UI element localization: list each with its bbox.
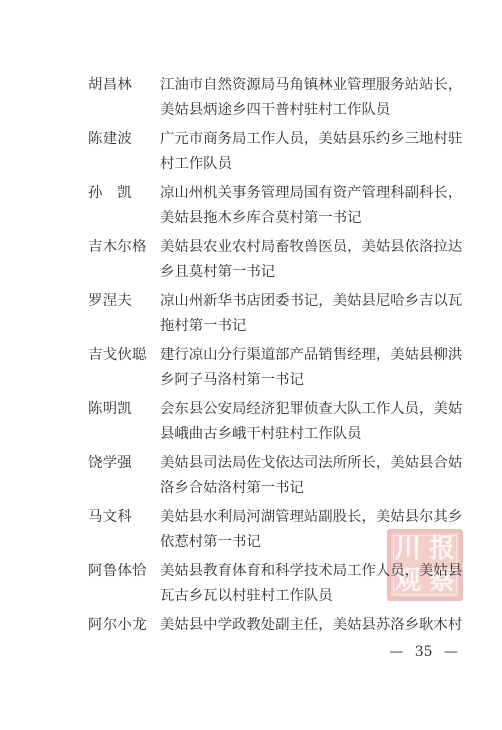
- description-line-2: 乡且莫村第一书记: [160, 260, 462, 285]
- document-page: 川 报 观 察 胡昌林江油市自然资源局马角镇林业管理服务站站长，美姑县炳途乡四干…: [0, 0, 502, 730]
- person-description: 凉山州机关事务管理局国有资产管理科副科长，美姑县拖木乡库合莫村第一书记: [160, 181, 462, 231]
- description-line-2: 美姑县炳途乡四干普村驻村工作队员: [160, 98, 462, 123]
- description-line-2: 洛乡合姑洛村第一书记: [160, 476, 462, 501]
- person-name: 吉戈伙聪: [88, 343, 160, 393]
- person-name: 罗涅夫: [88, 289, 160, 339]
- entry-row: 马文科美姑县水利局河湖管理站副股长，美姑县尔其乡依惹村第一书记: [88, 505, 462, 555]
- person-description: 广元市商务局工作人员，美姑县乐约乡三地村驻村工作队员: [160, 127, 462, 177]
- description-line-2: 村工作队员: [160, 152, 462, 177]
- person-name: 阿尔小龙: [88, 613, 160, 638]
- entry-row: 陈明凯会东县公安局经济犯罪侦查大队工作人员，美姑县峨曲古乡峨干村驻村工作队员: [88, 397, 462, 447]
- person-name: 饶学强: [88, 451, 160, 501]
- description-line-2: 依惹村第一书记: [160, 530, 462, 555]
- entry-row: 孙 凯凉山州机关事务管理局国有资产管理科副科长，美姑县拖木乡库合莫村第一书记: [88, 181, 462, 231]
- entry-row: 吉木尔格美姑县农业农村局畜牧兽医员，美姑县依洛拉达乡且莫村第一书记: [88, 235, 462, 285]
- description-line-1: 江油市自然资源局马角镇林业管理服务站站长，: [160, 73, 462, 98]
- description-line-1: 凉山州机关事务管理局国有资产管理科副科长，: [160, 181, 462, 206]
- person-description: 美姑县水利局河湖管理站副股长，美姑县尔其乡依惹村第一书记: [160, 505, 462, 555]
- person-name: 孙 凯: [88, 181, 160, 231]
- description-line-2: 县峨曲古乡峨干村驻村工作队员: [160, 422, 462, 447]
- person-name: 胡昌林: [88, 73, 160, 123]
- description-line-1: 美姑县水利局河湖管理站副股长，美姑县尔其乡: [160, 505, 462, 530]
- person-name: 马文科: [88, 505, 160, 555]
- description-line-1: 美姑县农业农村局畜牧兽医员，美姑县依洛拉达: [160, 235, 462, 260]
- person-name: 阿鲁体恰: [88, 559, 160, 609]
- person-description: 美姑县农业农村局畜牧兽医员，美姑县依洛拉达乡且莫村第一书记: [160, 235, 462, 285]
- person-description: 美姑县中学政教处副主任，美姑县苏洛乡耿木村: [160, 613, 462, 638]
- description-line-1: 美姑县司法局佐戈依达司法所所长，美姑县合姑: [160, 451, 462, 476]
- description-line-2: 拖村第一书记: [160, 314, 462, 339]
- entry-row: 阿尔小龙美姑县中学政教处副主任，美姑县苏洛乡耿木村: [88, 613, 462, 638]
- person-description: 会东县公安局经济犯罪侦查大队工作人员，美姑县峨曲古乡峨干村驻村工作队员: [160, 397, 462, 447]
- description-line-1: 美姑县教育体育和科学技术局工作人员，美姑县: [160, 559, 462, 584]
- entry-row: 陈建波广元市商务局工作人员，美姑县乐约乡三地村驻村工作队员: [88, 127, 462, 177]
- entry-row: 胡昌林江油市自然资源局马角镇林业管理服务站站长，美姑县炳途乡四干普村驻村工作队员: [88, 73, 462, 123]
- person-description: 江油市自然资源局马角镇林业管理服务站站长，美姑县炳途乡四干普村驻村工作队员: [160, 73, 462, 123]
- person-description: 美姑县司法局佐戈依达司法所所长，美姑县合姑洛乡合姑洛村第一书记: [160, 451, 462, 501]
- person-name: 陈建波: [88, 127, 160, 177]
- person-description: 建行凉山分行渠道部产品销售经理，美姑县柳洪乡阿子马洛村第一书记: [160, 343, 462, 393]
- description-line-2: 乡阿子马洛村第一书记: [160, 368, 462, 393]
- description-line-1: 美姑县中学政教处副主任，美姑县苏洛乡耿木村: [160, 613, 462, 638]
- description-line-1: 广元市商务局工作人员，美姑县乐约乡三地村驻: [160, 127, 462, 152]
- entry-list: 胡昌林江油市自然资源局马角镇林业管理服务站站长，美姑县炳途乡四干普村驻村工作队员…: [88, 73, 462, 642]
- entry-row: 吉戈伙聪建行凉山分行渠道部产品销售经理，美姑县柳洪乡阿子马洛村第一书记: [88, 343, 462, 393]
- description-line-1: 凉山州新华书店团委书记，美姑县尼哈乡吉以瓦: [160, 289, 462, 314]
- page-number: — 35 —: [389, 644, 458, 660]
- description-line-1: 建行凉山分行渠道部产品销售经理，美姑县柳洪: [160, 343, 462, 368]
- person-name: 陈明凯: [88, 397, 160, 447]
- person-description: 美姑县教育体育和科学技术局工作人员，美姑县瓦古乡瓦以村驻村工作队员: [160, 559, 462, 609]
- description-line-1: 会东县公安局经济犯罪侦查大队工作人员，美姑: [160, 397, 462, 422]
- person-name: 吉木尔格: [88, 235, 160, 285]
- entry-row: 罗涅夫凉山州新华书店团委书记，美姑县尼哈乡吉以瓦拖村第一书记: [88, 289, 462, 339]
- description-line-2: 美姑县拖木乡库合莫村第一书记: [160, 206, 462, 231]
- person-description: 凉山州新华书店团委书记，美姑县尼哈乡吉以瓦拖村第一书记: [160, 289, 462, 339]
- entry-row: 阿鲁体恰美姑县教育体育和科学技术局工作人员，美姑县瓦古乡瓦以村驻村工作队员: [88, 559, 462, 609]
- entry-row: 饶学强美姑县司法局佐戈依达司法所所长，美姑县合姑洛乡合姑洛村第一书记: [88, 451, 462, 501]
- description-line-2: 瓦古乡瓦以村驻村工作队员: [160, 584, 462, 609]
